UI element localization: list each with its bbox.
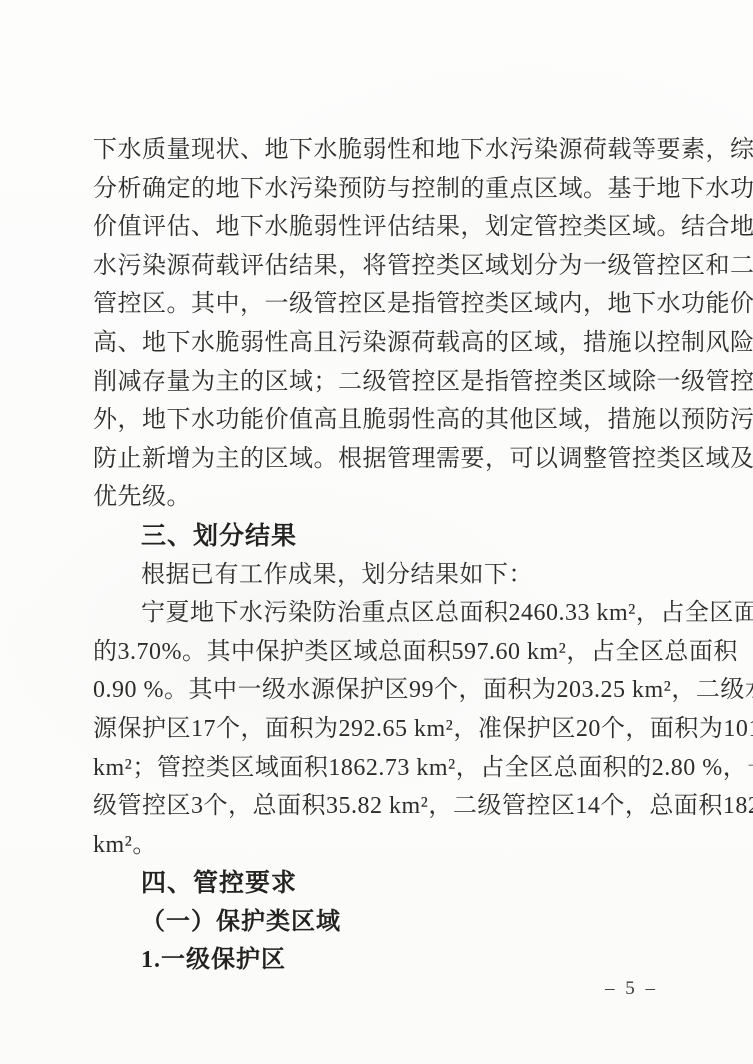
- text-line: 价值评估、地下水脆弱性评估结果，划定管控类区域。结合地下: [93, 208, 663, 247]
- text-line: 高、地下水脆弱性高且污染源荷载高的区域，措施以控制风险、: [93, 324, 663, 363]
- text-line: 的3.70%。其中保护类区域总面积597.60 km²，占全区总面积: [93, 633, 663, 672]
- text-line: 管控区。其中，一级管控区是指管控类区域内，地下水功能价值: [93, 285, 663, 324]
- subsection-heading-1: （一）保护类区域: [93, 903, 663, 942]
- section-heading-4: 四、管控要求: [93, 864, 663, 903]
- text-line: 防止新增为主的区域。根据管理需要，可以调整管控类区域及其: [93, 440, 663, 479]
- text-line: 水污染源荷载评估结果，将管控类区域划分为一级管控区和二级: [93, 247, 663, 286]
- text-line: 宁夏地下水污染防治重点区总面积2460.33 km²，占全区面积: [93, 594, 663, 633]
- text-line: 0.90 %。其中一级水源保护区99个，面积为203.25 km²，二级水: [93, 671, 663, 710]
- text-line: 分析确定的地下水污染预防与控制的重点区域。基于地下水功能: [93, 170, 663, 209]
- text-line: 外，地下水功能价值高且脆弱性高的其他区域，措施以预防污染、: [93, 401, 663, 440]
- text-line: km²。: [93, 826, 663, 865]
- text-line: 下水质量现状、地下水脆弱性和地下水污染源荷载等要素，综合: [93, 131, 663, 170]
- text-line: 优先级。: [93, 478, 663, 517]
- text-line: 削减存量为主的区域；二级管控区是指管控类区域除一级管控区: [93, 363, 663, 402]
- document-page: 下水质量现状、地下水脆弱性和地下水污染源荷载等要素，综合 分析确定的地下水污染预…: [0, 0, 753, 1064]
- text-line: 级管控区3个，总面积35.82 km²，二级管控区14个，总面积1826.91: [93, 787, 663, 826]
- text-line: 根据已有工作成果，划分结果如下：: [93, 556, 663, 595]
- text-line: 源保护区17个，面积为292.65 km²，准保护区20个，面积为101.70: [93, 710, 663, 749]
- subsection-heading-2: 1.一级保护区: [93, 941, 663, 980]
- section-heading-3: 三、划分结果: [93, 517, 663, 556]
- document-content: 下水质量现状、地下水脆弱性和地下水污染源荷载等要素，综合 分析确定的地下水污染预…: [93, 131, 663, 980]
- page-number: – 5 –: [605, 978, 658, 1000]
- text-line: km²；管控类区域面积1862.73 km²，占全区总面积的2.80 %，一: [93, 749, 663, 788]
